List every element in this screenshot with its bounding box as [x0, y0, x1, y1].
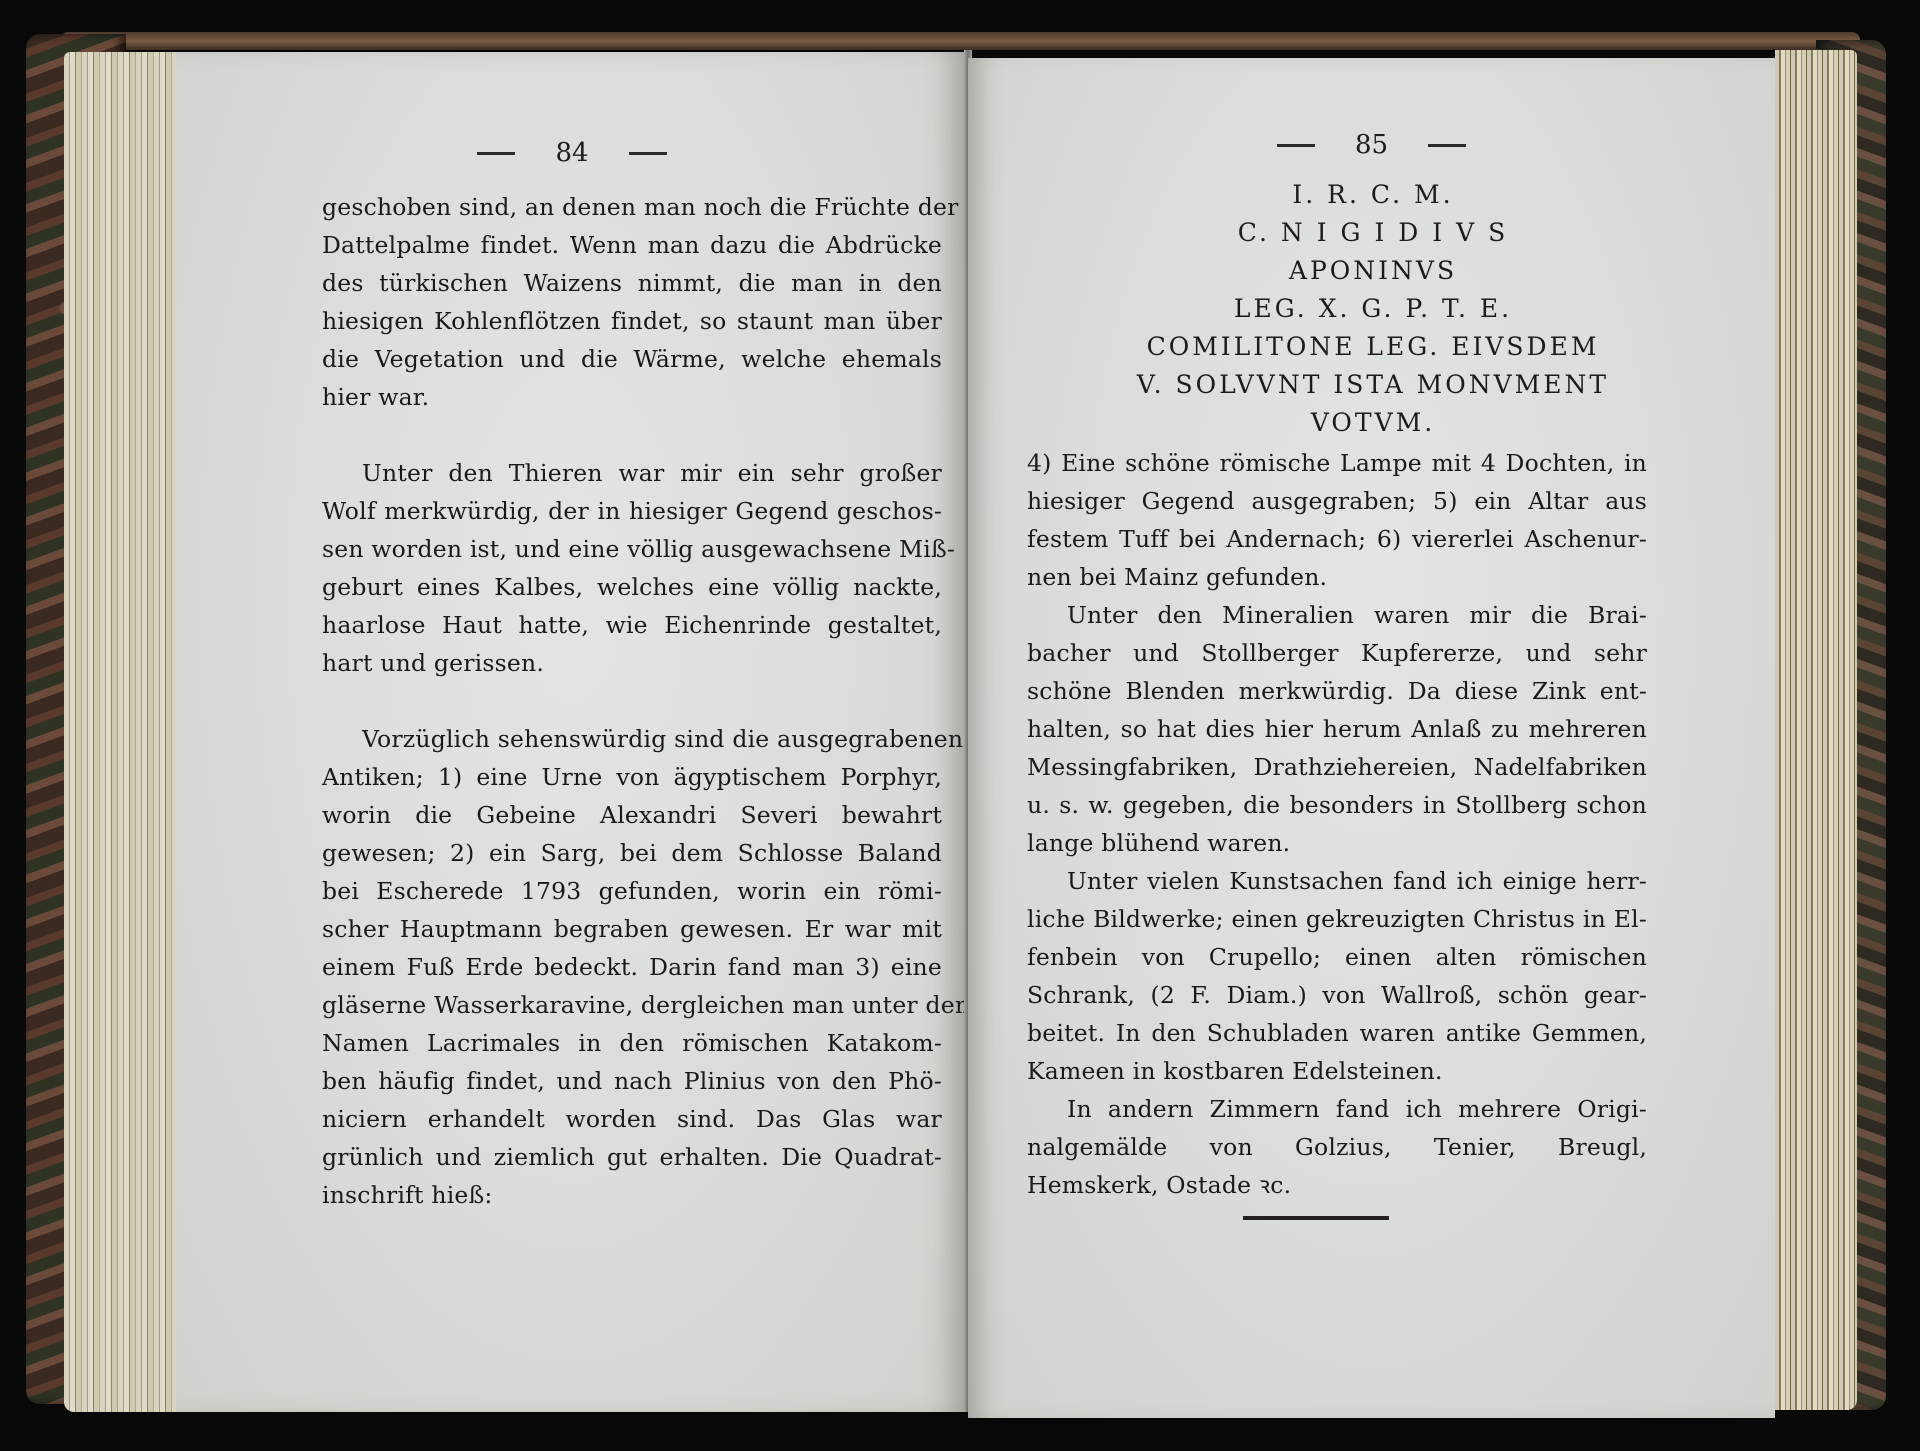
text-line: Unter vielen Kunstsachen fand ich einige…	[1027, 862, 1647, 900]
right-page-body: 4) Eine schöne römische Lampe mit 4 Doch…	[1027, 444, 1647, 1204]
text-line: Hemskerk, Ostade ꝛc.	[1027, 1166, 1647, 1204]
page-number: 85	[1355, 130, 1388, 160]
text-line: geschoben sind, an denen man noch die Fr…	[322, 188, 942, 226]
open-book: 84 geschoben sind, an denen man noch die…	[0, 0, 1920, 1451]
text-line: Vorzüglich sehenswürdig sind die ausgegr…	[322, 720, 942, 758]
text-line: scher Hauptmann begraben gewesen. Er war…	[322, 910, 942, 948]
text-line: grünlich und ziemlich gut erhalten. Die …	[322, 1138, 942, 1176]
text-line: Kameen in kostbaren Edelsteinen.	[1027, 1052, 1647, 1090]
text-line: lange blühend waren.	[1027, 824, 1647, 862]
page-number: 84	[555, 138, 588, 168]
text-line: Schrank, (2 F. Diam.) von Wallroß, schön…	[1027, 976, 1647, 1014]
text-line: gewesen; 2) ein Sarg, bei dem Schlosse B…	[322, 834, 942, 872]
text-line: In andern Zimmern fand ich mehrere Origi…	[1027, 1090, 1647, 1128]
text-line: Namen Lacrimales in den römischen Katako…	[322, 1024, 942, 1062]
text-line: Wolf merkwürdig, der in hiesiger Gegend …	[322, 492, 942, 530]
text-line: sen worden ist, und eine völlig ausgewac…	[322, 530, 942, 568]
text-line: festem Tuff bei Andernach; 6) viererlei …	[1027, 520, 1647, 558]
text-line: niciern erhandelt worden sind. Das Glas …	[322, 1100, 942, 1138]
text-line: hiesigen Kohlenflötzen findet, so staunt…	[322, 302, 942, 340]
left-page: 84 geschoben sind, an denen man noch die…	[176, 52, 968, 1412]
paragraph-gap	[322, 682, 942, 720]
text-line: Unter den Thieren war mir ein sehr große…	[322, 454, 942, 492]
text-line: nalgemälde von Golzius, Tenier, Breugl,	[1027, 1128, 1647, 1166]
inscription-line: APONINVS	[1048, 252, 1698, 290]
header-dash	[1428, 144, 1466, 147]
right-page: 85 I. R. C. M. C. N I G I D I V S APONIN…	[968, 58, 1775, 1418]
text-line: hier war.	[322, 378, 942, 416]
text-line: die Vegetation und die Wärme, welche ehe…	[322, 340, 942, 378]
text-line: Unter den Mineralien waren mir die Brai-	[1027, 596, 1647, 634]
text-line: gläserne Wasserkaravine, dergleichen man…	[322, 986, 942, 1024]
text-line: bacher und Stollberger Kupfererze, und s…	[1027, 634, 1647, 672]
text-line: des türkischen Waizens nimmt, die man in…	[322, 264, 942, 302]
inscription-line: I. R. C. M.	[1048, 176, 1698, 214]
text-line: haarlose Haut hatte, wie Eichenrinde ges…	[322, 606, 942, 644]
text-line: einem Fuß Erde bedeckt. Darin fand man 3…	[322, 948, 942, 986]
inscription-line: C. N I G I D I V S	[1048, 214, 1698, 252]
right-page-block-edge	[1775, 50, 1857, 1410]
text-line: fenbein von Crupello; einen alten römisc…	[1027, 938, 1647, 976]
text-line: nen bei Mainz gefunden.	[1027, 558, 1647, 596]
left-page-body: geschoben sind, an denen man noch die Fr…	[322, 188, 942, 1214]
text-line: hart und gerissen.	[322, 644, 942, 682]
latin-inscription: I. R. C. M. C. N I G I D I V S APONINVS …	[1048, 176, 1698, 442]
text-line: Antiken; 1) eine Urne von ägyptischem Po…	[322, 758, 942, 796]
page-header-left: 84	[176, 138, 968, 168]
section-end-rule	[1243, 1216, 1389, 1220]
text-line: u. s. w. gegeben, die besonders in Stoll…	[1027, 786, 1647, 824]
text-line: ben häufig findet, und nach Plinius von …	[322, 1062, 942, 1100]
header-dash	[477, 152, 515, 155]
inscription-line: VOTVM.	[1048, 404, 1698, 442]
text-line: 4) Eine schöne römische Lampe mit 4 Doch…	[1027, 444, 1647, 482]
text-line: bei Escherede 1793 gefunden, worin ein r…	[322, 872, 942, 910]
paragraph-gap	[322, 416, 942, 454]
text-line: inschrift hieß:	[322, 1176, 942, 1214]
inscription-line: COMILITONE LEG. EIVSDEM	[1048, 328, 1698, 366]
header-dash	[629, 152, 667, 155]
page-header-right: 85	[968, 130, 1775, 160]
text-line: Messingfabriken, Drathziehereien, Nadelf…	[1027, 748, 1647, 786]
binding-top-edge	[60, 32, 1860, 50]
text-line: beitet. In den Schubladen waren antike G…	[1027, 1014, 1647, 1052]
left-page-block-edge	[64, 52, 176, 1412]
text-line: halten, so hat dies hier herum Anlaß zu …	[1027, 710, 1647, 748]
text-line: hiesiger Gegend ausgegraben; 5) ein Alta…	[1027, 482, 1647, 520]
text-line: schöne Blenden merkwürdig. Da diese Zink…	[1027, 672, 1647, 710]
text-line: liche Bildwerke; einen gekreuzigten Chri…	[1027, 900, 1647, 938]
text-line: geburt eines Kalbes, welches eine völlig…	[322, 568, 942, 606]
header-dash	[1277, 144, 1315, 147]
inscription-line: V. SOLVVNT ISTA MONVMENT	[1048, 366, 1698, 404]
inscription-line: LEG. X. G. P. T. E.	[1048, 290, 1698, 328]
text-line: Dattelpalme findet. Wenn man dazu die Ab…	[322, 226, 942, 264]
text-line: worin die Gebeine Alexandri Severi bewah…	[322, 796, 942, 834]
